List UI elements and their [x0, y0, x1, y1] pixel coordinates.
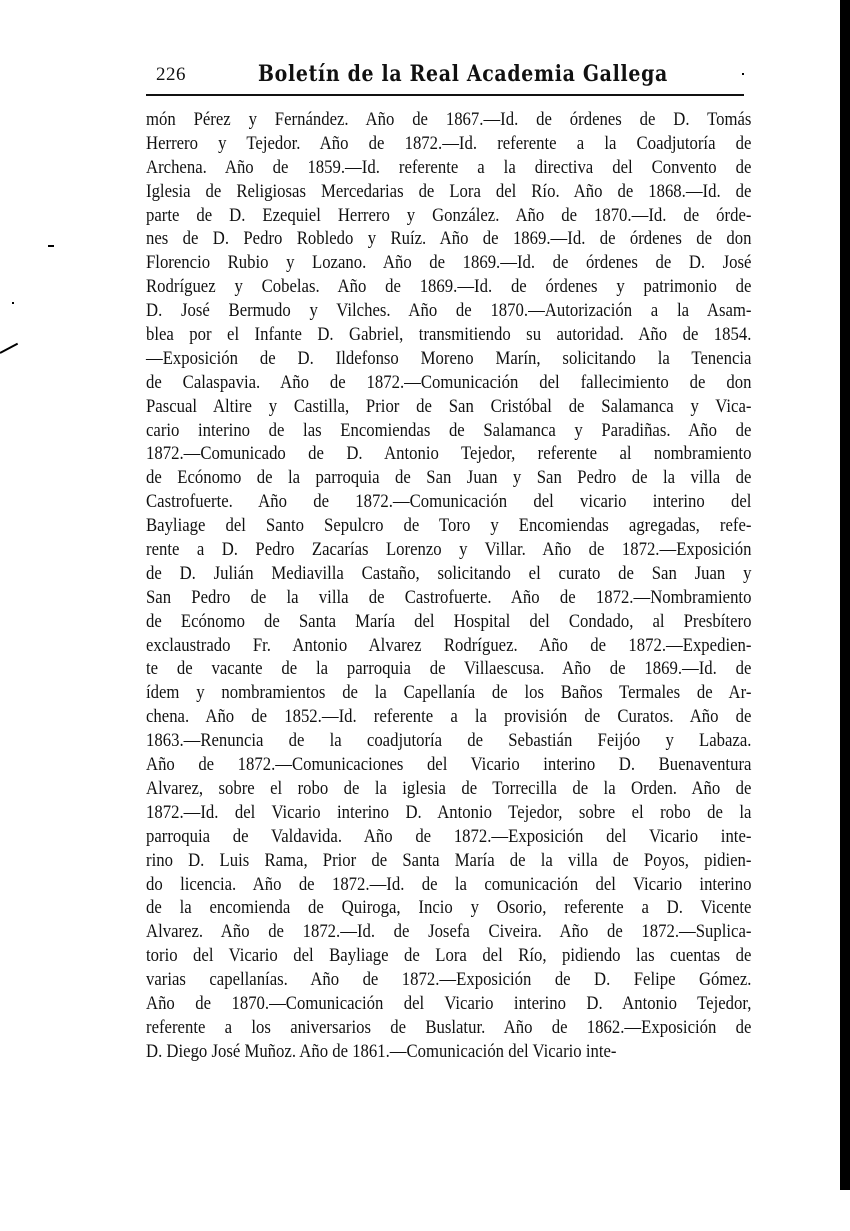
text-line: D. José Bermudo y Vilches. Año de 1870.—…	[146, 299, 751, 323]
scan-speck	[48, 245, 54, 247]
text-line: 1863.—Renuncia de la coadjutoría de Seba…	[146, 729, 751, 753]
text-line: San Pedro de la villa de Castrofuerte. A…	[146, 586, 751, 610]
body-text: món Pérez y Fernández. Año de 1867.—Id. …	[146, 108, 752, 1064]
text-line: cario interino de las Encomiendas de Sal…	[146, 419, 751, 443]
text-line: chena. Año de 1852.—Id. referente a la p…	[146, 705, 751, 729]
text-line: D. Diego José Muñoz. Año de 1861.—Comuni…	[146, 1040, 751, 1064]
text-line: 1872.—Comunicado de D. Antonio Tejedor, …	[146, 442, 751, 466]
text-line: Herrero y Tejedor. Año de 1872.—Id. refe…	[146, 132, 751, 156]
text-line: de Calaspavia. Año de 1872.—Comunicación…	[146, 371, 751, 395]
text-line: parroquia de Valdavida. Año de 1872.—Exp…	[146, 825, 751, 849]
text-line: blea por el Infante D. Gabriel, transmit…	[146, 323, 751, 347]
text-line: Año de 1870.—Comunicación del Vicario in…	[146, 992, 751, 1016]
text-line: varias capellanías. Año de 1872.—Exposic…	[146, 968, 751, 992]
text-line: Iglesia de Religiosas Mercedarias de Lor…	[146, 180, 751, 204]
text-line: parte de D. Ezequiel Herrero y González.…	[146, 204, 751, 228]
text-line: 1872.—Id. del Vicario interino D. Antoni…	[146, 801, 751, 825]
text-line: de la encomienda de Quiroga, Incio y Oso…	[146, 896, 751, 920]
text-line: te de vacante de la parroquia de Villaes…	[146, 657, 751, 681]
scan-stroke	[0, 343, 18, 354]
text-line: rente a D. Pedro Zacarías Lorenzo y Vill…	[146, 538, 751, 562]
text-line: Año de 1872.—Comunicaciones del Vicario …	[146, 753, 751, 777]
scan-edge-shadow-tail	[845, 1060, 850, 1190]
text-line: torio del Vicario del Bayliage de Lora d…	[146, 944, 751, 968]
page-number: 226	[156, 64, 186, 86]
text-line: Alvarez. Año de 1872.—Id. de Josefa Cive…	[146, 920, 751, 944]
text-line: exclaustrado Fr. Antonio Alvarez Rodrígu…	[146, 634, 751, 658]
scan-speck	[742, 73, 744, 75]
text-line: do licencia. Año de 1872.—Id. de la comu…	[146, 873, 751, 897]
scanned-page: 226 Boletín de la Real Academia Gallega …	[0, 0, 850, 1231]
text-line: de D. Julián Mediavilla Castaño, solicit…	[146, 562, 751, 586]
text-line: Florencio Rubio y Lozano. Año de 1869.—I…	[146, 251, 751, 275]
text-line: Alvarez, sobre el robo de la iglesia de …	[146, 777, 751, 801]
journal-title: Boletín de la Real Academia Gallega	[258, 61, 668, 87]
text-line: de Ecónomo de Santa María del Hospital d…	[146, 610, 751, 634]
text-line: Pascual Altire y Castilla, Prior de San …	[146, 395, 751, 419]
scan-speck	[12, 302, 14, 304]
text-line: referente a los aniversarios de Buslatur…	[146, 1016, 751, 1040]
text-line: ídem y nombramientos de la Capellanía de…	[146, 681, 751, 705]
text-line: Rodríguez y Cobelas. Año de 1869.—Id. de…	[146, 275, 751, 299]
text-line: —Exposición de D. Ildefonso Moreno Marín…	[146, 347, 751, 371]
text-line: Archena. Año de 1859.—Id. referente a la…	[146, 156, 751, 180]
text-line: nes de D. Pedro Robledo y Ruíz. Año de 1…	[146, 227, 751, 251]
text-line: de Ecónomo de la parroquia de San Juan y…	[146, 466, 751, 490]
running-head: 226 Boletín de la Real Academia Gallega	[146, 62, 744, 92]
text-line: món Pérez y Fernández. Año de 1867.—Id. …	[146, 108, 751, 132]
text-line: rino D. Luis Rama, Prior de Santa María …	[146, 849, 751, 873]
text-line: Castrofuerte. Año de 1872.—Comunicación …	[146, 490, 751, 514]
scan-edge-shadow	[840, 0, 850, 1190]
header-rule	[146, 94, 744, 96]
text-line: Bayliage del Santo Sepulcro de Toro y En…	[146, 514, 751, 538]
